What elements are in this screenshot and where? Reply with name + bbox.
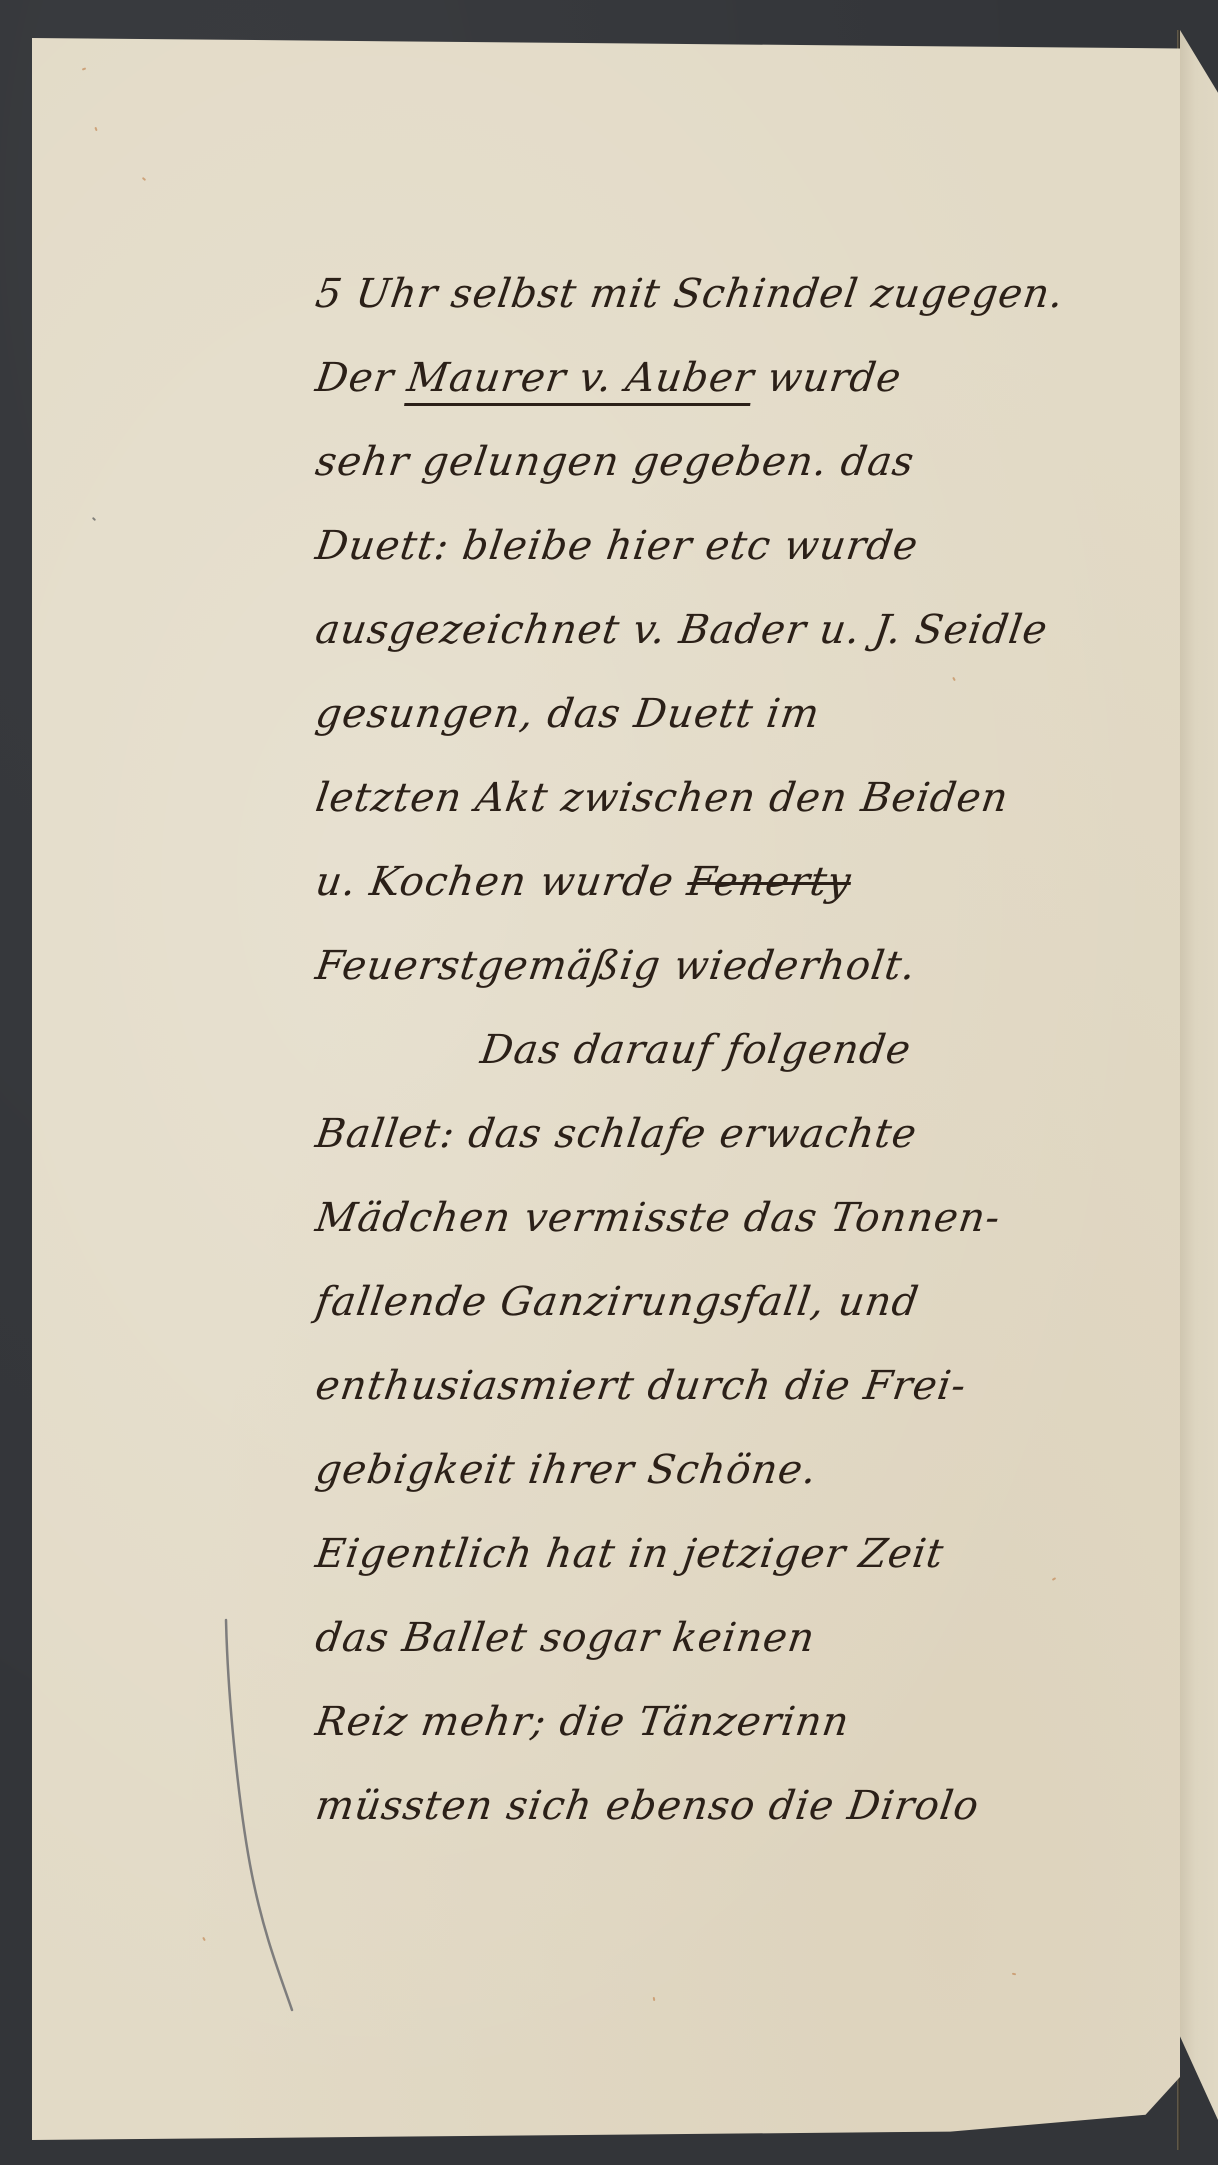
text-fragment: u. Kochen wurde	[313, 859, 691, 905]
text-line: ausgezeichnet v. Bader u. J. Seidle	[310, 588, 1082, 672]
text-line: Feuerstgemäßig wiederholt.	[310, 924, 1082, 1008]
adjacent-page-edge	[1180, 30, 1218, 2120]
text-line: Reiz mehr; die Tänzerinn	[310, 1680, 1082, 1764]
paper-speck	[94, 127, 97, 131]
paper-speck	[202, 1937, 206, 1941]
text-line: enthusiasmiert durch die Frei-	[310, 1344, 1082, 1428]
text-line: gebigkeit ihrer Schöne.	[310, 1428, 1082, 1512]
paper-speck	[92, 517, 96, 521]
struck-word: Fenerty	[684, 859, 854, 905]
text-fragment: wurde	[751, 355, 905, 401]
text-line: Der Maurer v. Auber wurde	[310, 336, 1082, 420]
text-line: Ballet: das schlafe erwachte	[310, 1092, 1082, 1176]
text-line: fallende Ganzirungsfall, und	[310, 1260, 1082, 1344]
text-line: sehr gelungen gegeben. das	[310, 420, 1082, 504]
paper-speck	[142, 177, 146, 181]
text-line: gesungen, das Duett im	[310, 672, 1082, 756]
paper-speck	[653, 1997, 656, 2001]
paper-speck	[1012, 1973, 1016, 1976]
text-line: Duett: bleibe hier etc wurde	[310, 504, 1082, 588]
text-line: das Ballet sogar keinen	[310, 1596, 1082, 1680]
paper-speck	[82, 67, 86, 70]
pencil-margin-line-icon	[220, 1615, 300, 2015]
text-line: letzten Akt zwischen den Beiden	[310, 756, 1082, 840]
manuscript-text: 5 Uhr selbst mit Schindel zugegen. Der M…	[316, 252, 1076, 1848]
text-line: Eigentlich hat in jetziger Zeit	[310, 1512, 1082, 1596]
text-line-paragraph-start: Das darauf folgende	[310, 1008, 1082, 1092]
text-line: Mädchen vermisste das Tonnen-	[310, 1176, 1082, 1260]
text-line: müssten sich ebenso die Dirolo	[310, 1764, 1082, 1848]
underlined-title: Maurer v. Auber	[404, 355, 758, 406]
text-line: 5 Uhr selbst mit Schindel zugegen.	[310, 252, 1082, 336]
text-fragment: Der	[313, 355, 411, 401]
text-line: u. Kochen wurde Fenerty	[310, 840, 1082, 924]
